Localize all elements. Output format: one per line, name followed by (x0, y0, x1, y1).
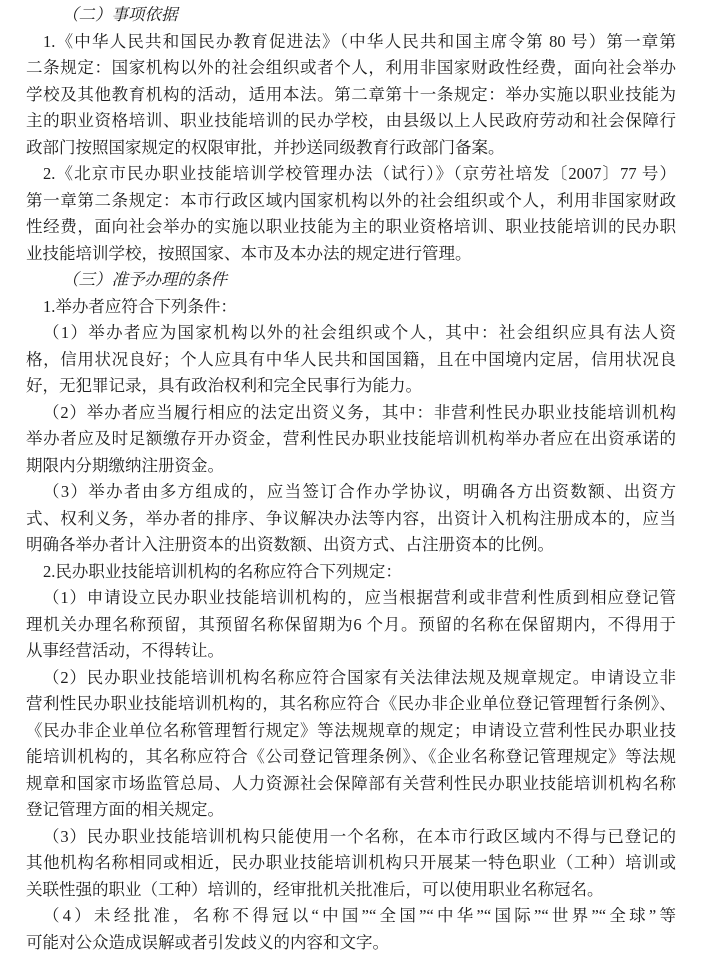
doc-line: 其他机构名称相同或相近，民办职业技能培训机构只开展某一特色职业（工种）培训或 (26, 850, 676, 877)
doc-line: 规章和国家市场监管总局、人力资源社会保障部有关营利性民办职业技能培训机构名称 (26, 771, 676, 798)
doc-line: 营利性民办职业技能培训机构的，其名称应符合《民办非企业单位登记管理暂行条例》、 (26, 691, 676, 718)
doc-line: 政部门按照国家规定的权限审批，并抄送同级教育行政部门备案。 (26, 135, 676, 162)
section-heading: （二）事项依据 (26, 2, 676, 29)
doc-line: 1.《中华人民共和国民办教育促进法》（中华人民共和国主席令第 80 号）第一章第 (26, 29, 676, 56)
section-heading: （三）准予办理的条件 (26, 267, 676, 294)
doc-line: 学校及其他教育机构的活动，适用本法。第二章第十一条规定：举办实施以职业技能为 (26, 82, 676, 109)
doc-line: 第一章第二条规定：本市行政区域内国家机构以外的社会组织或个人，利用非国家财政 (26, 188, 676, 215)
doc-line: （1）申请设立民办职业技能培训机构的，应当根据营利或非营利性质到相应登记管 (26, 585, 676, 612)
document-body: （二）事项依据1.《中华人民共和国民办教育促进法》（中华人民共和国主席令第 80… (26, 2, 676, 956)
doc-line: 登记管理方面的相关规定。 (26, 797, 676, 824)
doc-line: （2）民办职业技能培训机构名称应符合国家有关法律法规及规章规定。申请设立非 (26, 665, 676, 692)
doc-line: 二条规定：国家机构以外的社会组织或者个人，利用非国家财政性经费，面向社会举办 (26, 55, 676, 82)
doc-line: 2.民办职业技能培训机构的名称应符合下列规定： (26, 559, 676, 586)
doc-line: （3）举办者由多方组成的，应当签订合作办学协议，明确各方出资数额、出资方 (26, 479, 676, 506)
doc-line: 1.举办者应符合下列条件： (26, 294, 676, 321)
doc-line: 理机关办理名称预留，其预留名称保留期为6 个月。预留的名称在保留期内，不得用于 (26, 612, 676, 639)
doc-line: 性经费，面向社会举办的实施以职业技能为主的职业资格培训、职业技能培训的民办职 (26, 214, 676, 241)
doc-line: 《民办非企业单位名称管理暂行规定》等法规规章的规定；申请设立营利性民办职业技 (26, 718, 676, 745)
doc-line: 式、权利义务，举办者的排序、争议解决办法等内容，出资计入机构注册成本的，应当 (26, 506, 676, 533)
document-page: （二）事项依据1.《中华人民共和国民办教育促进法》（中华人民共和国主席令第 80… (0, 0, 716, 956)
doc-line: 能培训机构的，其名称应符合《公司登记管理条例》、《企业名称登记管理规定》等法规 (26, 744, 676, 771)
doc-line: （3）民办职业技能培训机构只能使用一个名称，在本市行政区域内不得与已登记的 (26, 824, 676, 851)
doc-line: 主的职业资格培训、职业技能培训的民办学校，由县级以上人民政府劳动和社会保障行 (26, 108, 676, 135)
doc-line: 格，信用状况良好；个人应具有中华人民共和国国籍，且在中国境内定居，信用状况良 (26, 347, 676, 374)
doc-line: 关联性强的职业（工种）培训的，经审批机关批准后，可以使用职业名称冠名。 (26, 877, 676, 904)
doc-line: 举办者应及时足额缴存开办资金，营利性民办职业技能培训机构举办者应在出资承诺的 (26, 426, 676, 453)
doc-line: 从事经营活动，不得转让。 (26, 638, 676, 665)
doc-line: （1）举办者应为国家机构以外的社会组织或个人，其中：社会组织应具有法人资 (26, 320, 676, 347)
doc-line: 明确各举办者计入注册资本的出资数额、出资方式、占注册资本的比例。 (26, 532, 676, 559)
doc-line: （4）未经批准，名称不得冠以“中国”“全国”“中华”“国际”“世界”“全球”等 (26, 903, 676, 930)
doc-line: 期限内分期缴纳注册资金。 (26, 453, 676, 480)
doc-line: 业技能培训学校，按照国家、本市及本办法的规定进行管理。 (26, 241, 676, 268)
doc-line: 2.《北京市民办职业技能培训学校管理办法（试行）》（京劳社培发〔2007〕77 … (26, 161, 676, 188)
doc-line: 好，无犯罪记录，具有政治权利和完全民事行为能力。 (26, 373, 676, 400)
doc-line: （2）举办者应当履行相应的法定出资义务，其中：非营利性民办职业技能培训机构 (26, 400, 676, 427)
doc-line: 可能对公众造成误解或者引发歧义的内容和文字。 (26, 930, 676, 956)
